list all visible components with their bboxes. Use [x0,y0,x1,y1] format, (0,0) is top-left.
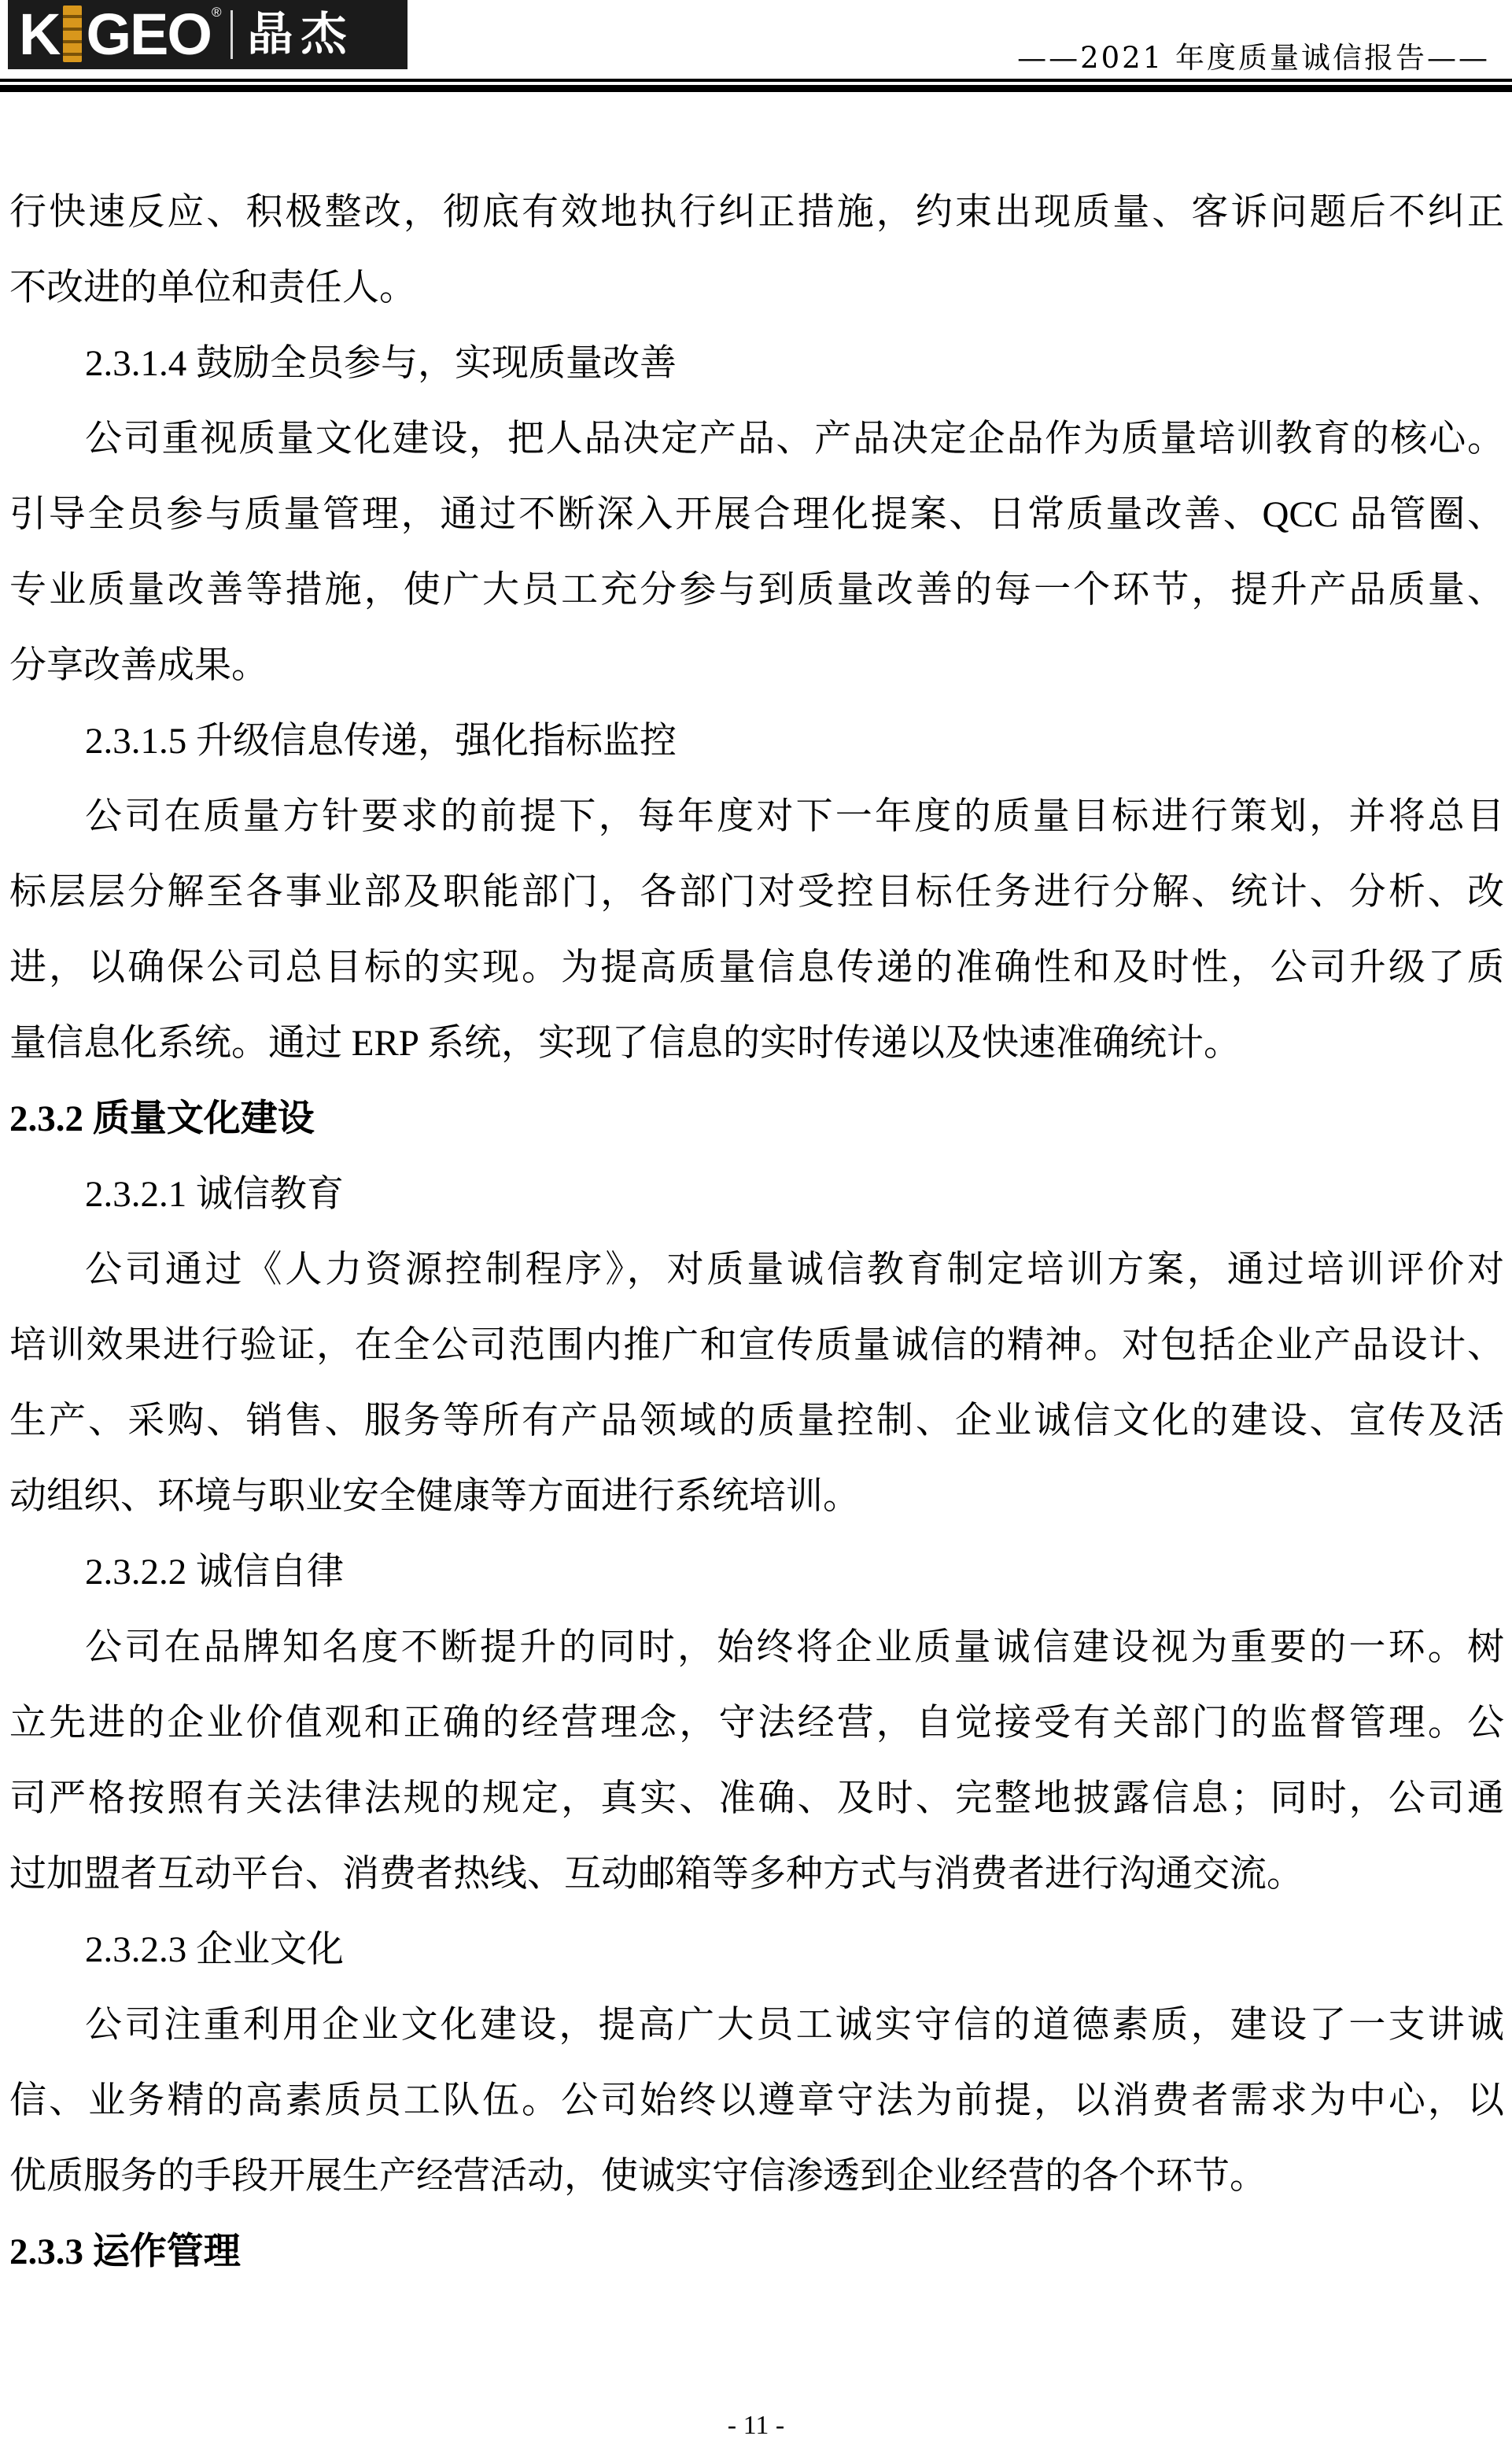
subsection-heading: 2.3.2.3 企业文化 [9,1912,1504,1987]
text-line: 行快速反应、积极整改，彻底有效地执行纠正措施，约束出现质量、客诉问题后不纠正 [9,175,1504,250]
company-logo: K GEO ® 晶杰 [8,0,408,69]
text-line: 公司在品牌知名度不断提升的同时，始终将企业质量诚信建设视为重要的一环。树 [9,1610,1504,1685]
logo-striped-i-bar [63,6,82,62]
document-body: 行快速反应、积极整改，彻底有效地执行纠正措施，约束出现质量、客诉问题后不纠正 不… [9,175,1504,2290]
page-number: - 11 - [0,2411,1512,2441]
text-line: 公司在质量方针要求的前提下，每年度对下一年度的质量目标进行策划，并将总目 [9,779,1504,854]
text-line: 生产、采购、销售、服务等所有产品领域的质量控制、企业诚信文化的建设、宣传及活 [9,1383,1504,1459]
text-line: 分享改善成果。 [9,628,1504,703]
document-page: { "header": { "logo": { "latin_k": "K", … [0,0,1512,2458]
section-heading: 2.3.3 运作管理 [9,2214,1504,2290]
text-line: 信、业务精的高素质员工队伍。公司始终以遵章守法为前提，以消费者需求为中心，以 [9,2063,1504,2139]
text-line: 动组织、环境与职业安全健康等方面进行系统培训。 [9,1459,1504,1534]
subsection-heading: 2.3.1.4 鼓励全员参与，实现质量改善 [9,326,1504,401]
text-line: 过加盟者互动平台、消费者热线、互动邮箱等多种方式与消费者进行沟通交流。 [9,1836,1504,1912]
text-line: 量信息化系统。通过 ERP 系统，实现了信息的实时传递以及快速准确统计。 [9,1006,1504,1081]
subsection-heading: 2.3.2.2 诚信自律 [9,1534,1504,1610]
text-line: 不改进的单位和责任人。 [9,250,1504,326]
report-header-title: ——2021 年度质量诚信报告—— [1017,39,1490,77]
logo-k-text: K [19,6,59,64]
header-double-rule [0,79,1512,92]
text-line: 进，以确保公司总目标的实现。为提高质量信息传递的准确性和及时性，公司升级了质 [9,930,1504,1006]
text-line: 公司重视质量文化建设，把人品决定产品、产品决定企品作为质量培训教育的核心。 [9,401,1504,477]
text-line: 公司注重利用企业文化建设，提高广大员工诚实守信的道德素质，建设了一支讲诚 [9,1987,1504,2063]
text-line: 培训效果进行验证，在全公司范围内推广和宣传质量诚信的精神。对包括企业产品设计、 [9,1308,1504,1383]
text-line: 司严格按照有关法律法规的规定，真实、准确、及时、完整地披露信息；同时，公司通 [9,1761,1504,1836]
text-line: 立先进的企业价值观和正确的经营理念，守法经营，自觉接受有关部门的监督管理。公 [9,1685,1504,1761]
text-line: 专业质量改善等措施，使广大员工充分参与到质量改善的每一个环节，提升产品质量、 [9,552,1504,628]
subsection-heading: 2.3.1.5 升级信息传递，强化指标监控 [9,703,1504,779]
text-line: 标层层分解至各事业部及职能部门，各部门对受控目标任务进行分解、统计、分析、改 [9,854,1504,930]
rule-thick-line [0,85,1512,92]
registered-trademark-icon: ® [212,5,222,20]
text-line: 引导全员参与质量管理，通过不断深入开展合理化提案、日常质量改善、QCC 品管圈、 [9,477,1504,552]
logo-geo-text: GEO [86,6,210,64]
logo-divider [230,10,233,59]
text-line: 公司通过《人力资源控制程序》，对质量诚信教育制定培训方案，通过培训评价对 [9,1232,1504,1308]
text-line: 优质服务的手段开展生产经营活动，使诚实守信渗透到企业经营的各个环节。 [9,2139,1504,2214]
section-heading: 2.3.2 质量文化建设 [9,1081,1504,1157]
logo-chinese-name: 晶杰 [247,12,354,57]
subsection-heading: 2.3.2.1 诚信教育 [9,1157,1504,1232]
